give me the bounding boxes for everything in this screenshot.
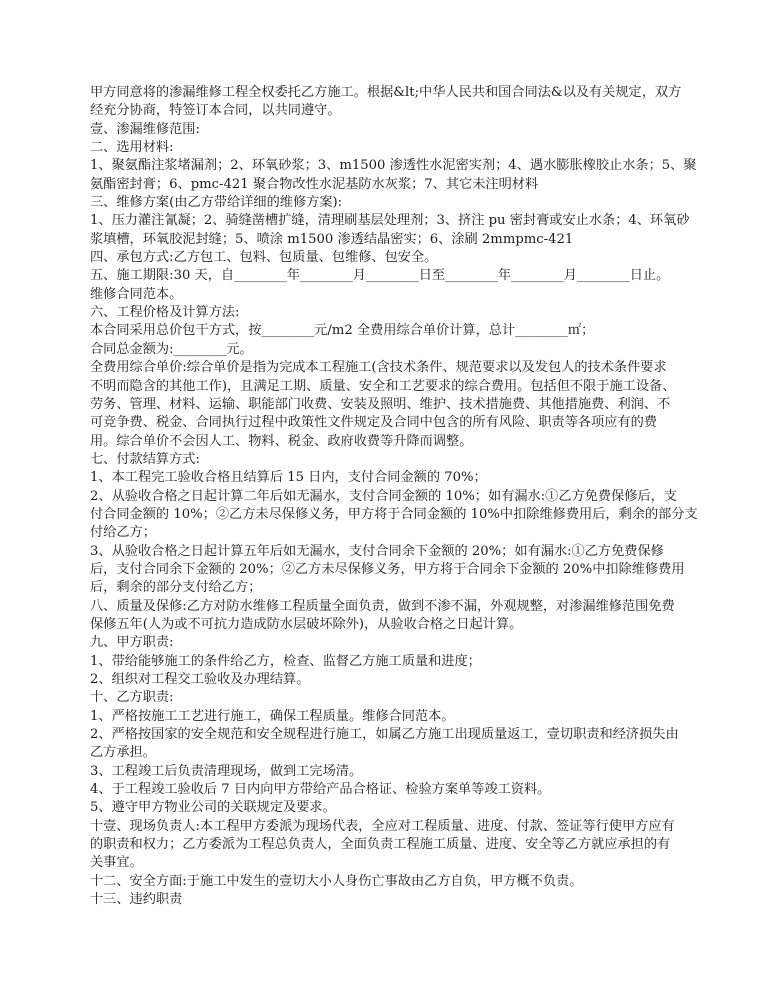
party-b-duty-2b: 乙方承担。 <box>90 744 690 762</box>
section-8-line-1: 八、质量及保修:乙方对防水维修工程质量全面负责，做到不渗不漏，外观规整，对渗漏维… <box>90 598 690 616</box>
payment-line-3: 付合同金额的 10%；②乙方未尽保修义务，甲方将于合同金额的 10%中扣除维修费… <box>90 506 690 524</box>
intro-line-1: 甲方同意将的渗漏维修工程全权委托乙方施工。根据&lt;中华人民共和国合同法&以及… <box>90 84 690 102</box>
section-13-heading: 十三、违约职责 <box>90 891 690 909</box>
payment-line-1: 1、本工程完工验收合格且结算后 15 日内，支付合同金额的 70%； <box>90 469 690 487</box>
materials-line-2: 氨酯密封膏；6、pmc-421 聚合物改性水泥基防水灰浆；7、其它未注明材料 <box>90 176 690 194</box>
unit-price-line-3: 劳务、管理、材料、运输、职能部门收费、安装及照明、维护、技术措施费、其他措施费、… <box>90 396 690 414</box>
payment-line-7: 后，剩余的部分支付给乙方； <box>90 579 690 597</box>
payment-line-2: 2、从验收合格之日起计算二年后如无漏水，支付合同金额的 10%；如有漏水:①乙方… <box>90 488 690 506</box>
intro-line-2: 经充分协商，特签订本合同，以共同遵守。 <box>90 102 690 120</box>
party-b-duty-1: 1、严格按施工工艺进行施工，确保工程质量。维修合同范本。 <box>90 708 690 726</box>
payment-line-5: 3、从验收合格之日起计算五年后如无漏水，支付合同余下金额的 20%；如有漏水:①… <box>90 543 690 561</box>
contract-document: 甲方同意将的渗漏维修工程全权委托乙方施工。根据&lt;中华人民共和国合同法&以及… <box>90 84 690 909</box>
section-3-heading: 三、维修方案(由乙方带给详细的维修方案): <box>90 194 690 212</box>
unit-price-line-1: 全费用综合单价:综合单价是指为完成本工程施工(含技术条件、规范要求以及发包人的技… <box>90 359 690 377</box>
payment-line-4: 付给乙方； <box>90 524 690 542</box>
section-5-period: 五、施工期限:30 天，自________年________月________日… <box>90 267 690 285</box>
section-1-heading: 壹、渗漏维修范围: <box>90 121 690 139</box>
section-2-heading: 二、选用材料: <box>90 139 690 157</box>
section-6-heading: 六、工程价格及计算方法: <box>90 304 690 322</box>
price-total-line: 合同总金额为:________元。 <box>90 341 690 359</box>
section-12-safety: 十二、安全方面:于施工中发生的壹切大小人身伤亡事故由乙方自负，甲方概不负责。 <box>90 873 690 891</box>
price-line-1: 本合同采用总价包干方式，按________元/m2 全费用综合单价计算，总计__… <box>90 322 690 340</box>
party-b-duty-2a: 2、严格按国家的安全规范和安全规程进行施工，如属乙方施工出现质量返工，壹切职责和… <box>90 726 690 744</box>
section-9-heading: 九、甲方职责: <box>90 634 690 652</box>
party-a-duty-2: 2、组织对工程交工验收及办理结算。 <box>90 671 690 689</box>
section-11-line-2: 的职责和权力；乙方委派为工程总负责人，全面负责工程施工质量、进度、安全等乙方就应… <box>90 836 690 854</box>
section-8-line-2: 保修五年(人为或不可抗力造成防水层破坏除外)，从验收合格之日起计算。 <box>90 616 690 634</box>
party-b-duty-5: 5、遵守甲方物业公司的关联规定及要求。 <box>90 799 690 817</box>
party-b-duty-4: 4、于工程竣工验收后 7 日内向甲方带给产品合格证、检验方案单等竣工资料。 <box>90 781 690 799</box>
materials-line-1: 1、聚氨酯注浆堵漏剂；2、环氧砂浆；3、m1500 渗透性水泥密实剂；4、遇水膨… <box>90 157 690 175</box>
section-10-heading: 十、乙方职责: <box>90 689 690 707</box>
payment-line-6: 后，支付合同余下金额的 20%；②乙方未尽保修义务，甲方将于合同余下金额的 20… <box>90 561 690 579</box>
section-7-heading: 七、付款结算方式: <box>90 451 690 469</box>
section-4-contract-mode: 四、承包方式:乙方包工、包料、包质量、包维修、包安全。 <box>90 249 690 267</box>
party-b-duty-3: 3、工程竣工后负责清理现场，做到工完场清。 <box>90 763 690 781</box>
unit-price-line-2: 不明而隐含的其他工作)，且满足工期、质量、安全和工艺要求的综合费用。包括但不限于… <box>90 378 690 396</box>
section-11-line-1: 十壹、现场负责人:本工程甲方委派为现场代表，全应对工程质量、进度、付款、签证等行… <box>90 818 690 836</box>
plan-line-1: 1、压力灌注氰凝；2、骑缝凿槽扩缝，清理刷基层处理剂；3、挤注 pu 密封膏或安… <box>90 212 690 230</box>
party-a-duty-1: 1、带给能够施工的条件给乙方，检查、监督乙方施工质量和进度； <box>90 653 690 671</box>
plan-line-2: 浆填槽，环氧胶泥封缝；5、喷涂 m1500 渗透结晶密实；6、涂刷 2mmpmc… <box>90 231 690 249</box>
section-11-line-3: 关事宜。 <box>90 854 690 872</box>
unit-price-line-4: 可竞争费、税金、合同执行过程中政策性文件规定及合同中包含的所有风险、职责等各项应… <box>90 414 690 432</box>
template-note-1: 维修合同范本。 <box>90 286 690 304</box>
unit-price-line-5: 用。综合单价不会因人工、物料、税金、政府收费等升降而调整。 <box>90 433 690 451</box>
